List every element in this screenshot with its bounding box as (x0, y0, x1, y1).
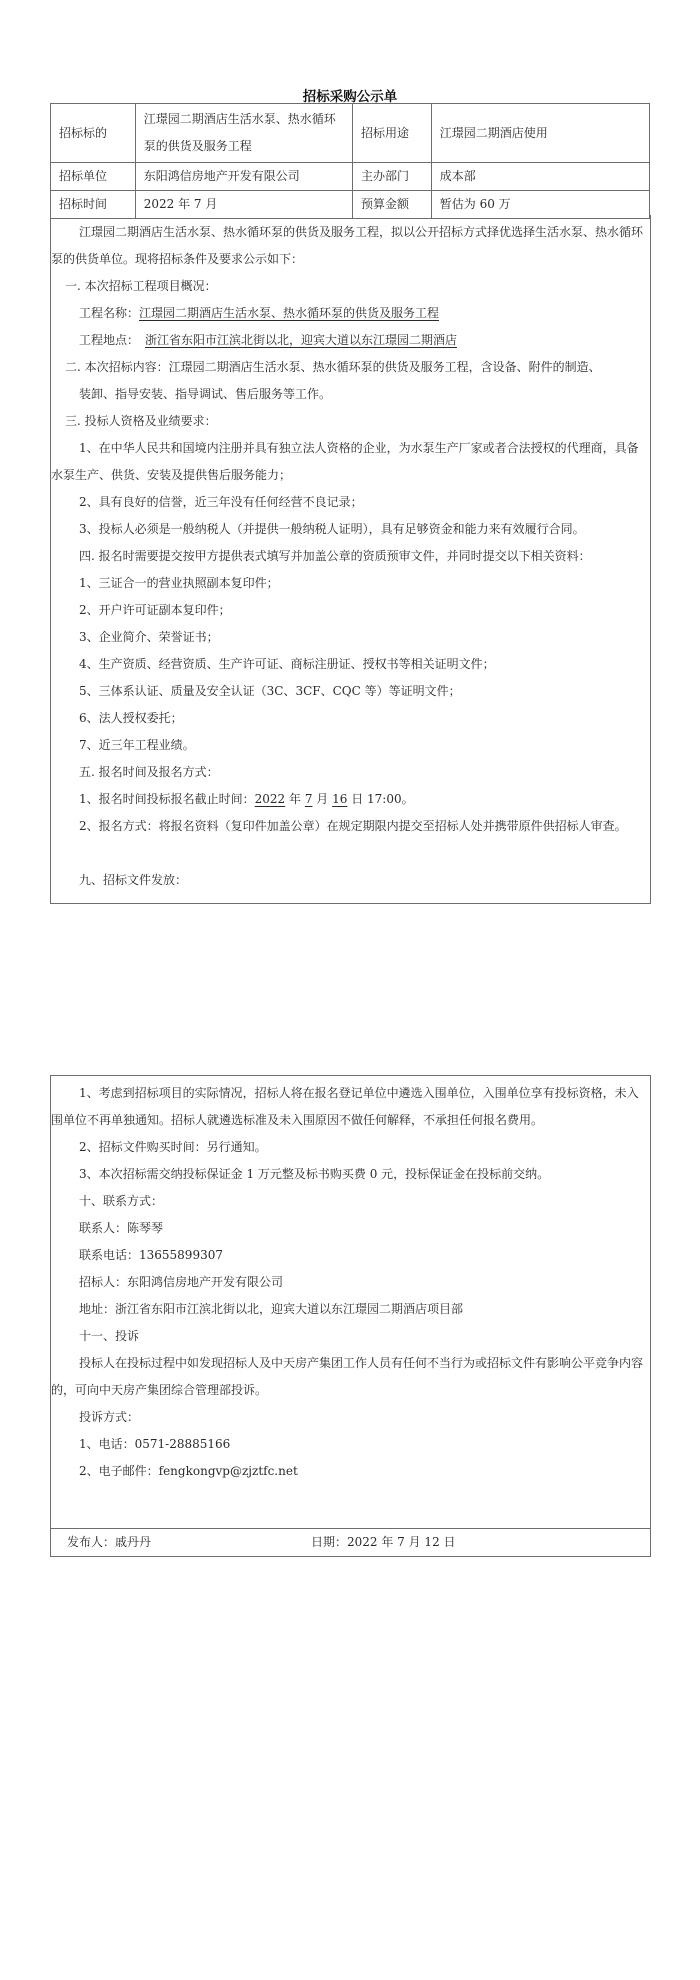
complaint-email: 2、电子邮件：fengkongvp@zjztfc.net (79, 1458, 650, 1485)
qualification-heading: 三. 投标人资格及业绩要求： (65, 408, 650, 435)
project-name: 江璟园二期酒店生活水泵、热水循环泵的供货及服务工程 (139, 306, 439, 320)
doc-item: 5、三体系认证、质量及安全认证（3C、3CF、CQC 等）等证明文件； (79, 678, 650, 705)
tenderer: 招标人：东阳鸿信房地产开发有限公司 (79, 1269, 650, 1296)
doc-item: 7、近三年工程业绩。 (79, 732, 650, 759)
label-department: 主办部门 (353, 163, 432, 191)
notice-body-part1: 江璟园二期酒店生活水泵、热水循环泵的供货及服务工程，拟以公开招标方式择优选择生活… (50, 215, 651, 904)
project-name-label: 工程名称： (79, 306, 139, 320)
signature-row: 发布人：戚丹丹 日期：2022 年 7 月 12 日 (51, 1528, 650, 1557)
issue-item-1: 1、考虑到招标项目的实际情况，招标人将在报名登记单位中遴选入围单位，入围单位享有… (51, 1080, 650, 1134)
project-name-line: 工程名称：江璟园二期酒店生活水泵、热水循环泵的供货及服务工程 (79, 300, 650, 327)
label-tender-unit: 招标单位 (51, 163, 136, 191)
registration-deadline: 1、报名时间投标报名截止时间：2022 年 7 月 16 日 17:00。 (79, 786, 650, 813)
deadline-label: 1、报名时间投标报名截止时间： (79, 792, 255, 806)
notice-body-part2: 1、考虑到招标项目的实际情况，招标人将在报名登记单位中遴选入围单位，入围单位享有… (50, 1075, 651, 1557)
value-department: 成本部 (431, 163, 649, 191)
value-tender-unit: 东阳鸿信房地产开发有限公司 (135, 163, 352, 191)
doc-item: 4、生产资质、经营资质、生产许可证、商标注册证、授权书等相关证明文件； (79, 651, 650, 678)
value-tender-subject: 江璟园二期酒店生活水泵、热水循环泵的供货及服务工程 (135, 104, 352, 163)
table-row: 招标单位 东阳鸿信房地产开发有限公司 主办部门 成本部 (51, 163, 650, 191)
publish-date: 日期：2022 年 7 月 12 日 (311, 1529, 456, 1556)
issue-heading: 九、招标文件发放： (79, 867, 650, 894)
contact-heading: 十、联系方式： (79, 1188, 650, 1215)
address: 地址：浙江省东阳市江滨北街以北，迎宾大道以东江璟园二期酒店项目部 (79, 1296, 650, 1323)
contact-person: 联系人：陈琴琴 (79, 1215, 650, 1242)
deadline-day: 16 (332, 792, 347, 806)
intro-paragraph: 江璟园二期酒店生活水泵、热水循环泵的供货及服务工程，拟以公开招标方式择优选择生活… (51, 219, 650, 273)
content-heading-line2: 装卸、指导安装、指导调试、售后服务等工作。 (79, 381, 650, 408)
content-heading-line1: 二. 本次招标内容：江璟园二期酒店生活水泵、热水循环泵的供货及服务工程，含设备、… (65, 354, 650, 381)
overview-heading: 一. 本次招标工程项目概况： (65, 273, 650, 300)
day-unit: 日 17:00。 (347, 792, 413, 806)
month-unit: 月 (312, 792, 332, 806)
page-title: 招标采购公示单 (0, 85, 700, 105)
year-unit: 年 (285, 792, 305, 806)
header-table: 招标标的 江璟园二期酒店生活水泵、热水循环泵的供货及服务工程 招标用途 江璟园二… (50, 103, 650, 219)
project-location-line: 工程地点：浙江省东阳市江滨北街以北，迎宾大道以东江璟园二期酒店 (79, 327, 650, 354)
issue-item-3: 3、本次招标需交纳投标保证金 1 万元整及标书购买费 0 元，投标保证金在投标前… (79, 1161, 650, 1188)
complaint-method: 投诉方式： (79, 1404, 650, 1431)
deadline-year: 2022 (255, 792, 286, 806)
project-location: 浙江省东阳市江滨北街以北，迎宾大道以东江璟园二期酒店 (139, 333, 463, 347)
complaint-heading: 十一、投诉 (79, 1323, 650, 1350)
project-location-label: 工程地点： (79, 333, 139, 347)
contact-phone: 联系电话：13655899307 (79, 1242, 650, 1269)
publisher: 发布人：戚丹丹 (67, 1529, 151, 1556)
doc-item: 3、企业简介、荣誉证书； (79, 624, 650, 651)
complaint-text: 投标人在投标过程中如发现招标人及中天房产集团工作人员有任何不当行为或招标文件有影… (51, 1350, 650, 1404)
docs-heading: 四. 报名时需要提交按甲方提供表式填写并加盖公章的资质预审文件，并同时提交以下相… (79, 543, 650, 570)
qualification-1: 1、在中华人民共和国境内注册并具有独立法人资格的企业，为水泵生产厂家或者合法授权… (51, 435, 650, 489)
table-row: 招标标的 江璟园二期酒店生活水泵、热水循环泵的供货及服务工程 招标用途 江璟园二… (51, 104, 650, 163)
doc-item: 1、三证合一的营业执照副本复印件； (79, 570, 650, 597)
doc-item: 2、开户许可证副本复印件； (79, 597, 650, 624)
label-tender-subject: 招标标的 (51, 104, 136, 163)
registration-method: 2、报名方式：将报名资料（复印件加盖公章）在规定期限内提交至招标人处并携带原件供… (51, 813, 650, 840)
value-tender-purpose: 江璟园二期酒店使用 (431, 104, 649, 163)
qualification-3: 3、投标人必须是一般纳税人（并提供一般纳税人证明），具有足够资金和能力来有效履行… (79, 516, 650, 543)
issue-item-2: 2、招标文件购买时间：另行通知。 (79, 1134, 650, 1161)
registration-heading: 五. 报名时间及报名方式： (79, 759, 650, 786)
doc-item: 6、法人授权委托； (79, 705, 650, 732)
complaint-phone: 1、电话：0571-28885166 (79, 1431, 650, 1458)
qualification-2: 2、具有良好的信誉，近三年没有任何经营不良记录； (79, 489, 650, 516)
label-tender-purpose: 招标用途 (353, 104, 432, 163)
